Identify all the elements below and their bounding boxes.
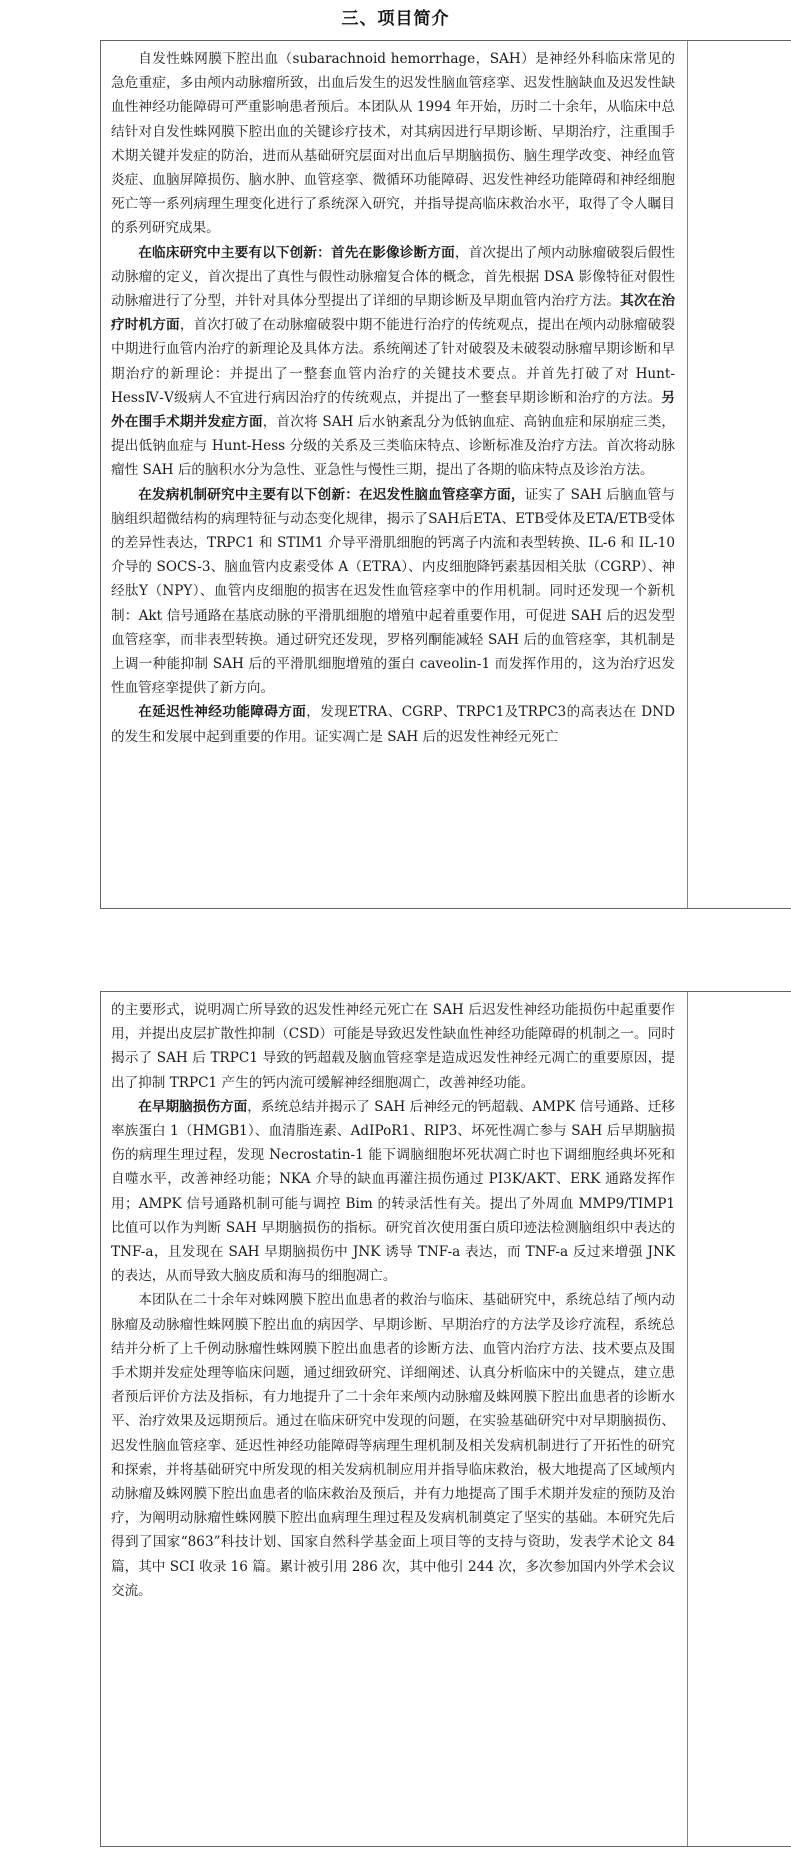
early-brain-injury-paragraph: 在早期脑损伤方面，系统总结并揭示了 SAH 后神经元的钙超载、AMPK 信号通路… bbox=[111, 1095, 675, 1289]
clinical-heading: 在临床研究中主要有以下创新：首先在影像诊断方面 bbox=[138, 245, 455, 261]
page-2-table: 的主要形式，说明凋亡所导致的迟发性神经元死亡在 SAH 后迟发性神经功能损伤中起… bbox=[100, 991, 791, 1847]
project-summary-cell-page-2: 的主要形式，说明凋亡所导致的迟发性神经元死亡在 SAH 后迟发性神经功能损伤中起… bbox=[101, 992, 688, 1846]
clinical-innovation-paragraph: 在临床研究中主要有以下创新：首先在影像诊断方面，首次提出了颅内动脉瘤破裂后假性动… bbox=[111, 241, 675, 483]
project-summary-cell-page-1: 自发性蛛网膜下腔出血（subarachnoid hemorrhage，SAH）是… bbox=[101, 41, 688, 908]
dnd-paragraph: 在延迟性神经功能障碍方面，发现ETRA、CGRP、TRPC1及TRPC3的高表达… bbox=[111, 700, 675, 748]
dnd-heading: 在延迟性神经功能障碍方面 bbox=[138, 704, 306, 720]
section-title: 三、项目简介 bbox=[0, 4, 791, 29]
early-brain-injury-heading: 在早期脑损伤方面 bbox=[138, 1099, 247, 1115]
mechanism-paragraph: 在发病机制研究中主要有以下创新：在迟发性脑血管痉挛方面，证实了 SAH 后脑血管… bbox=[111, 483, 675, 701]
mechanism-heading: 在发病机制研究中主要有以下创新：在迟发性脑血管痉挛方面， bbox=[138, 487, 525, 503]
dnd-continued-paragraph: 的主要形式，说明凋亡所导致的迟发性神经元死亡在 SAH 后迟发性神经功能损伤中起… bbox=[111, 998, 675, 1095]
intro-paragraph: 自发性蛛网膜下腔出血（subarachnoid hemorrhage，SAH）是… bbox=[111, 47, 675, 241]
summary-paragraph: 本团队在二十余年对蛛网膜下腔出血患者的救治与临床、基础研究中，系统总结了颅内动脉… bbox=[111, 1288, 675, 1603]
page-1-table: 自发性蛛网膜下腔出血（subarachnoid hemorrhage，SAH）是… bbox=[100, 40, 791, 909]
